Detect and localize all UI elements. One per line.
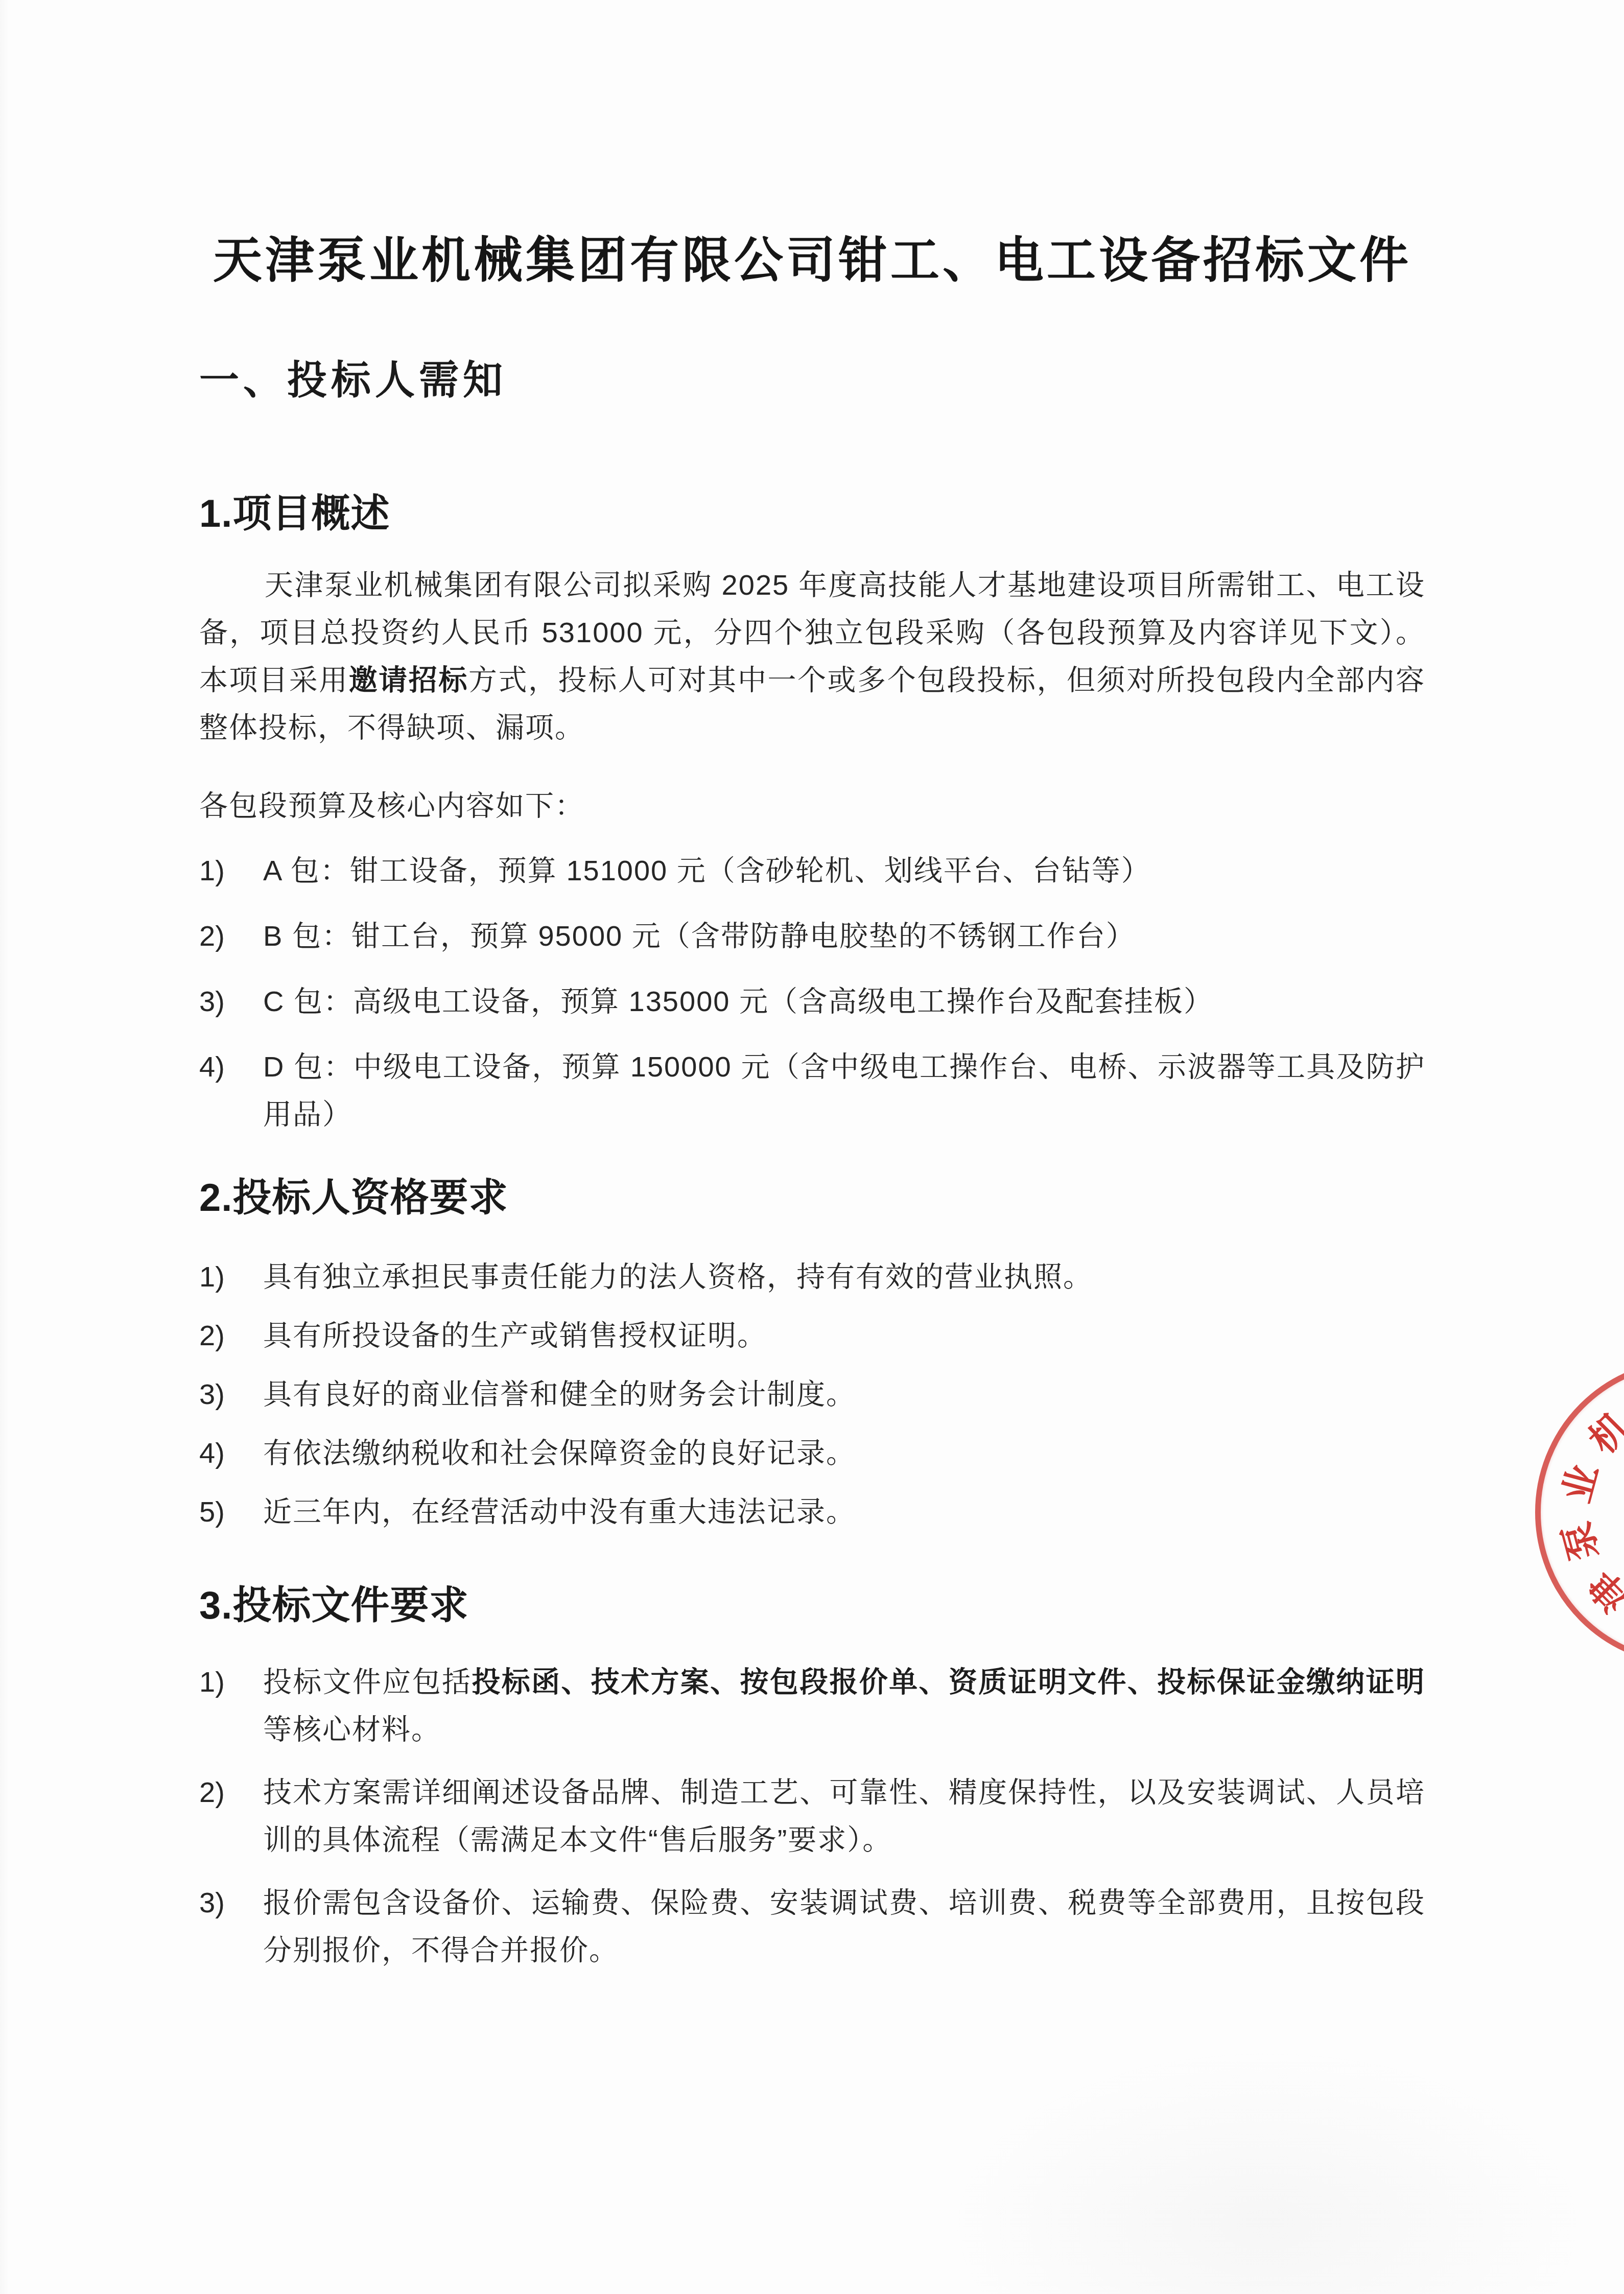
list-item: 3)C 包：高级电工设备，预算 135000 元（含高级电工操作台及配套挂板）: [199, 977, 1425, 1025]
list-item-number: 2): [199, 912, 225, 959]
list-item: 1)投标文件应包括投标函、技术方案、按包段报价单、资质证明文件、投标保证金缴纳证…: [199, 1658, 1425, 1753]
list-item-number: 3): [199, 1370, 225, 1418]
section-1-heading: 一、投标人需知: [199, 355, 1425, 405]
list-item-text: 具有独立承担民事责任能力的法人资格，持有有效的营业执照。: [263, 1253, 1425, 1300]
list-item-text: 具有良好的商业信誉和健全的财务会计制度。: [263, 1370, 1425, 1418]
list-item-number: 4): [199, 1043, 225, 1090]
list-item-text: D 包：中级电工设备，预算 150000 元（含中级电工操作台、电桥、示波器等工…: [263, 1043, 1425, 1138]
list-item-text: 投标文件应包括投标函、技术方案、按包段报价单、资质证明文件、投标保证金缴纳证明等…: [263, 1658, 1425, 1753]
list-item: 5)近三年内，在经营活动中没有重大违法记录。: [199, 1488, 1425, 1535]
seal-character: 泵: [1554, 1514, 1608, 1568]
text-segment: 有依法缴纳税收和社会保障资金的良好记录。: [263, 1437, 856, 1469]
list-item-number: 2): [199, 1768, 225, 1816]
list-item-text: 具有所投设备的生产或销售授权证明。: [263, 1312, 1425, 1359]
text-segment: 等核心材料。: [263, 1713, 441, 1745]
text-segment: 具有良好的商业信誉和健全的财务会计制度。: [263, 1378, 856, 1410]
seal-character: 津: [1579, 1560, 1624, 1622]
package-list: 1)A 包：钳工设备，预算 151000 元（含砂轮机、划线平台、台钻等）2)B…: [199, 847, 1425, 1138]
list-item-number: 1): [199, 847, 225, 894]
list-item: 3)具有良好的商业信誉和健全的财务会计制度。: [199, 1370, 1425, 1418]
list-item: 4)D 包：中级电工设备，预算 150000 元（含中级电工操作台、电桥、示波器…: [199, 1043, 1425, 1138]
list-item-text: 技术方案需详细阐述设备品牌、制造工艺、可靠性、精度保持性，以及安装调试、人员培训…: [263, 1768, 1425, 1863]
list-item-number: 1): [199, 1658, 225, 1705]
company-seal: 天津泵业机械集团有限公司: [1535, 1359, 1624, 1666]
text-segment: A 包：钳工设备，预算 151000 元（含砂轮机、划线平台、台钻等）: [263, 854, 1151, 886]
subsection-bidder-qualification-heading: 2.投标人资格要求: [199, 1174, 1425, 1222]
text-segment: 投标文件应包括: [263, 1666, 472, 1698]
text-segment: 报价需包含设备价、运输费、保险费、安装调试费、培训费、税费等全部费用，且按包段分…: [263, 1886, 1425, 1966]
document-body: 天津泵业机械集团有限公司钳工、电工设备招标文件 一、投标人需知 1.项目概述 天…: [199, 230, 1425, 1989]
list-item-number: 5): [199, 1488, 225, 1535]
list-item: 1)具有独立承担民事责任能力的法人资格，持有有效的营业执照。: [199, 1253, 1425, 1300]
list-item: 3)报价需包含设备价、运输费、保险费、安装调试费、培训费、税费等全部费用，且按包…: [199, 1879, 1425, 1974]
list-item: 2)技术方案需详细阐述设备品牌、制造工艺、可靠性、精度保持性，以及安装调试、人员…: [199, 1768, 1425, 1863]
list-item-text: B 包：钳工台，预算 95000 元（含带防静电胶垫的不锈钢工作台）: [263, 912, 1425, 959]
text-segment: 近三年内，在经营活动中没有重大违法记录。: [263, 1495, 856, 1528]
text-segment: 具有所投设备的生产或销售授权证明。: [263, 1319, 767, 1351]
list-item: 2)B 包：钳工台，预算 95000 元（含带防静电胶垫的不锈钢工作台）: [199, 912, 1425, 959]
seal-character: 业: [1554, 1457, 1608, 1510]
list-item-text: 有依法缴纳税收和社会保障资金的良好记录。: [263, 1429, 1425, 1477]
project-overview-paragraph: 天津泵业机械集团有限公司拟采购 2025 年度高技能人才基地建设项目所需钳工、电…: [199, 561, 1425, 751]
company-seal-ring: [1535, 1359, 1624, 1666]
list-item-text: C 包：高级电工设备，预算 135000 元（含高级电工操作台及配套挂板）: [263, 977, 1425, 1025]
list-item-number: 4): [199, 1429, 225, 1477]
list-item-text: 近三年内，在经营活动中没有重大违法记录。: [263, 1488, 1425, 1535]
seal-character: 机: [1579, 1402, 1624, 1465]
list-item: 4)有依法缴纳税收和社会保障资金的良好记录。: [199, 1429, 1425, 1477]
subsection-bid-document-requirement-heading: 3.投标文件要求: [199, 1581, 1425, 1630]
list-item: 2)具有所投设备的生产或销售授权证明。: [199, 1312, 1425, 1359]
list-item-number: 3): [199, 1879, 225, 1926]
text-segment: D 包：中级电工设备，预算 150000 元（含中级电工操作台、电桥、示波器等工…: [263, 1050, 1425, 1130]
bold-text-segment: 投标函、技术方案、按包段报价单、资质证明文件、投标保证金缴纳证明: [472, 1666, 1425, 1698]
text-segment: B 包：钳工台，预算 95000 元（含带防静电胶垫的不锈钢工作台）: [263, 920, 1136, 952]
list-item-text: 报价需包含设备价、运输费、保险费、安装调试费、培训费、税费等全部费用，且按包段分…: [263, 1879, 1425, 1974]
package-budget-intro-line: 各包段预算及核心内容如下：: [199, 782, 1425, 829]
qualification-requirement-list: 1)具有独立承担民事责任能力的法人资格，持有有效的营业执照。2)具有所投设备的生…: [199, 1253, 1425, 1535]
list-item: 1)A 包：钳工设备，预算 151000 元（含砂轮机、划线平台、台钻等）: [199, 847, 1425, 894]
document-title: 天津泵业机械集团有限公司钳工、电工设备招标文件: [199, 230, 1425, 291]
scanned-document-page: 天津泵业机械集团有限公司钳工、电工设备招标文件 一、投标人需知 1.项目概述 天…: [0, 0, 1624, 2294]
bid-document-requirement-list: 1)投标文件应包括投标函、技术方案、按包段报价单、资质证明文件、投标保证金缴纳证…: [199, 1658, 1425, 1974]
list-item-number: 2): [199, 1312, 225, 1359]
subsection-project-overview-heading: 1.项目概述: [199, 489, 1425, 538]
text-segment: C 包：高级电工设备，预算 135000 元（含高级电工操作台及配套挂板）: [263, 985, 1213, 1017]
list-item-number: 1): [199, 1253, 225, 1300]
text-segment: 技术方案需详细阐述设备品牌、制造工艺、可靠性、精度保持性，以及安装调试、人员培训…: [263, 1776, 1425, 1856]
text-segment: 具有独立承担民事责任能力的法人资格，持有有效的营业执照。: [263, 1260, 1093, 1293]
list-item-number: 3): [199, 977, 225, 1025]
bold-text-segment: 邀请招标: [349, 664, 468, 696]
list-item-text: A 包：钳工设备，预算 151000 元（含砂轮机、划线平台、台钻等）: [263, 847, 1425, 894]
